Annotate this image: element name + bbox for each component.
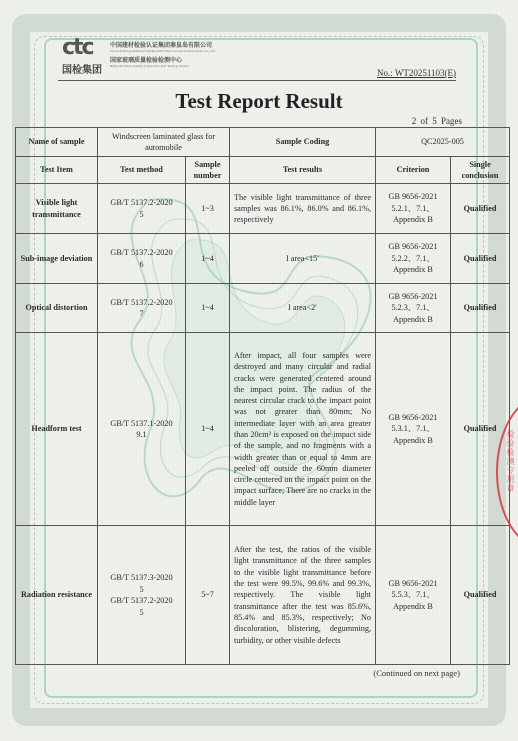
test-method-line: 5 xyxy=(101,209,182,221)
criterion-line: GB 9656-2021 xyxy=(379,191,447,203)
logo-mark: ctc xyxy=(62,39,110,57)
document-page: ctc 国检集团 中国建材检验认证集团秦皇岛有限公司 China Buildin… xyxy=(0,0,518,741)
test-results-table: Name of sample Windscreen laminated glas… xyxy=(15,127,510,665)
col-header-sample-number: Sample number xyxy=(186,157,230,184)
criterion-line: 5.2.3、7.1、 xyxy=(379,302,447,314)
col-header-conclusion: Single conclusion xyxy=(451,157,510,184)
page-title: Test Report Result xyxy=(0,89,518,114)
test-method-line: GB/T 5137.3-2020 xyxy=(101,572,182,584)
test-result: I area<15′ xyxy=(230,234,376,284)
test-method-line: GB/T 5137.2-2020 xyxy=(101,197,182,209)
test-result: The visible light transmittance of three… xyxy=(230,184,376,234)
criterion: GB 9656-20215.2.3、7.1、Appendix B xyxy=(376,284,451,333)
conclusion: Qualified xyxy=(451,526,510,665)
criterion-line: Appendix B xyxy=(379,314,447,326)
test-method: GB/T 5137.1-20209.1 xyxy=(98,333,186,526)
criterion-line: 5.2.1、7.1、 xyxy=(379,203,447,215)
col-header-test-item: Test Item xyxy=(16,157,98,184)
criterion: GB 9656-20215.3.1、7.1、Appendix B xyxy=(376,333,451,526)
table-row: Radiation resistanceGB/T 5137.3-20205GB/… xyxy=(16,526,510,665)
logo-chinese-name: 国检集团 xyxy=(62,61,112,76)
conclusion: Qualified xyxy=(451,234,510,284)
test-method-line: GB/T 5137.2-2020 xyxy=(101,595,182,607)
criterion: GB 9656-20215.2.1、7.1、Appendix B xyxy=(376,184,451,234)
org-name-en-2: National Glass Quality Inspection and Te… xyxy=(110,64,216,68)
test-result: After the test, the ratios of the visibl… xyxy=(230,526,376,665)
sample-number: 1~4 xyxy=(186,333,230,526)
report-number: No.: WT20251103(E) xyxy=(377,68,456,78)
test-method-line: GB/T 5137.2-2020 xyxy=(101,247,182,259)
continued-note: (Continued on next page) xyxy=(373,668,460,678)
sample-name-label: Name of sample xyxy=(16,128,98,157)
criterion-line: GB 9656-2021 xyxy=(379,412,447,424)
col-header-test-method: Test method xyxy=(98,157,186,184)
test-item: Headform test xyxy=(16,333,98,526)
col-header-test-results: Test results xyxy=(230,157,376,184)
sample-name-value: Windscreen laminated glass for automobil… xyxy=(98,128,230,157)
test-method: GB/T 5137.2-20207 xyxy=(98,284,186,333)
criterion-line: 5.5.3、7.1、 xyxy=(379,589,447,601)
header-divider xyxy=(58,80,456,81)
criterion-line: 5.3.1、7.1、 xyxy=(379,423,447,435)
sample-coding-label: Sample Coding xyxy=(230,128,376,157)
table-row: Optical distortionGB/T 5137.2-202071~4I … xyxy=(16,284,510,333)
org-name-en-1: China Building Material Test&Certificati… xyxy=(110,49,216,53)
criterion-line: GB 9656-2021 xyxy=(379,241,447,253)
criterion: GB 9656-20215.2.2、7.1、Appendix B xyxy=(376,234,451,284)
criterion-line: Appendix B xyxy=(379,435,447,447)
test-method-line: 5 xyxy=(101,607,182,619)
sample-number: 1~3 xyxy=(186,184,230,234)
sample-number: 1~4 xyxy=(186,234,230,284)
test-item: Sub-image deviation xyxy=(16,234,98,284)
org-name-cn-1: 中国建材检验认证集团秦皇岛有限公司 xyxy=(110,42,216,49)
criterion-line: 5.2.2、7.1、 xyxy=(379,253,447,265)
sample-coding-value: QC2025-005 xyxy=(376,128,510,157)
conclusion: Qualified xyxy=(451,284,510,333)
ctc-logo: ctc 国检集团 xyxy=(62,39,110,75)
sample-info-row: Name of sample Windscreen laminated glas… xyxy=(16,128,510,157)
column-header-row: Test Item Test method Sample number Test… xyxy=(16,157,510,184)
test-item: Optical distortion xyxy=(16,284,98,333)
organization-names: 中国建材检验认证集团秦皇岛有限公司 China Building Materia… xyxy=(110,42,216,72)
criterion-line: GB 9656-2021 xyxy=(379,578,447,590)
test-method-line: GB/T 5137.1-2020 xyxy=(101,418,182,430)
test-rows: Visible light transmittanceGB/T 5137.2-2… xyxy=(16,184,510,665)
sample-number: 1~4 xyxy=(186,284,230,333)
test-method-line: 7 xyxy=(101,308,182,320)
criterion-line: GB 9656-2021 xyxy=(379,291,447,303)
test-method: GB/T 5137.2-20205 xyxy=(98,184,186,234)
conclusion: Qualified xyxy=(451,184,510,234)
test-item: Visible light transmittance xyxy=(16,184,98,234)
col-header-criterion: Criterion xyxy=(376,157,451,184)
test-method-line: GB/T 5137.2-2020 xyxy=(101,297,182,309)
org-name-cn-2: 国家玻璃质量检验检测中心 xyxy=(110,57,216,64)
criterion-line: Appendix B xyxy=(379,601,447,613)
table-row: Sub-image deviationGB/T 5137.2-202061~4I… xyxy=(16,234,510,284)
table-row: Visible light transmittanceGB/T 5137.2-2… xyxy=(16,184,510,234)
criterion-line: Appendix B xyxy=(379,214,447,226)
test-method-line: 5 xyxy=(101,584,182,596)
stamp-text: 检验检测专用章 xyxy=(505,430,516,493)
test-result: After impact, all four samples were dest… xyxy=(230,333,376,526)
test-item: Radiation resistance xyxy=(16,526,98,665)
test-method: GB/T 5137.3-20205GB/T 5137.2-20205 xyxy=(98,526,186,665)
test-method-line: 6 xyxy=(101,259,182,271)
criterion-line: Appendix B xyxy=(379,264,447,276)
test-result: I area<2′ xyxy=(230,284,376,333)
test-method: GB/T 5137.2-20206 xyxy=(98,234,186,284)
test-method-line: 9.1 xyxy=(101,429,182,441)
table-row: Headform testGB/T 5137.1-20209.11~4After… xyxy=(16,333,510,526)
criterion: GB 9656-20215.5.3、7.1、Appendix B xyxy=(376,526,451,665)
sample-number: 5~7 xyxy=(186,526,230,665)
page-count: 2 of 5 Pages xyxy=(412,116,462,126)
